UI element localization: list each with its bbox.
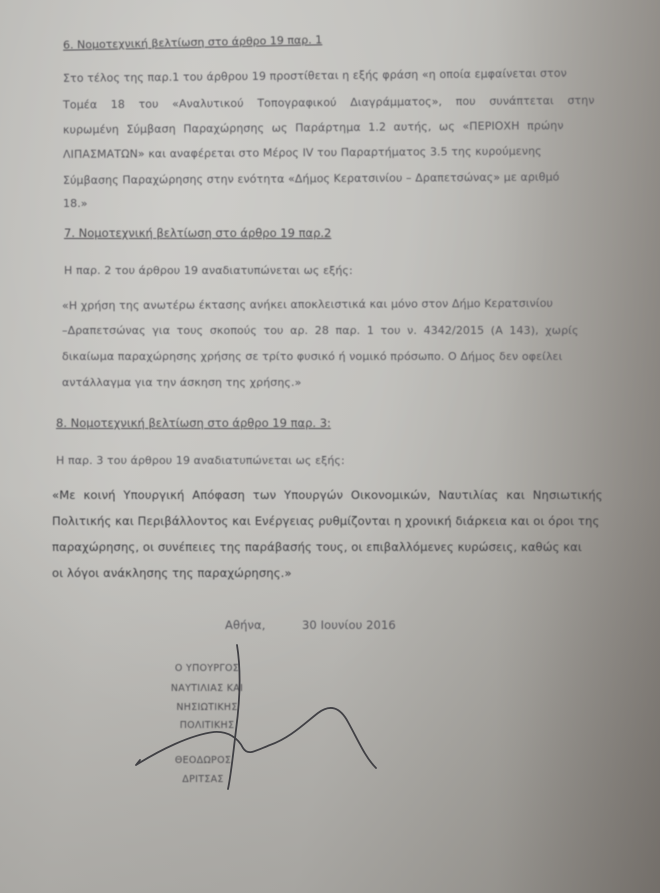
handwritten-signature xyxy=(0,0,660,893)
